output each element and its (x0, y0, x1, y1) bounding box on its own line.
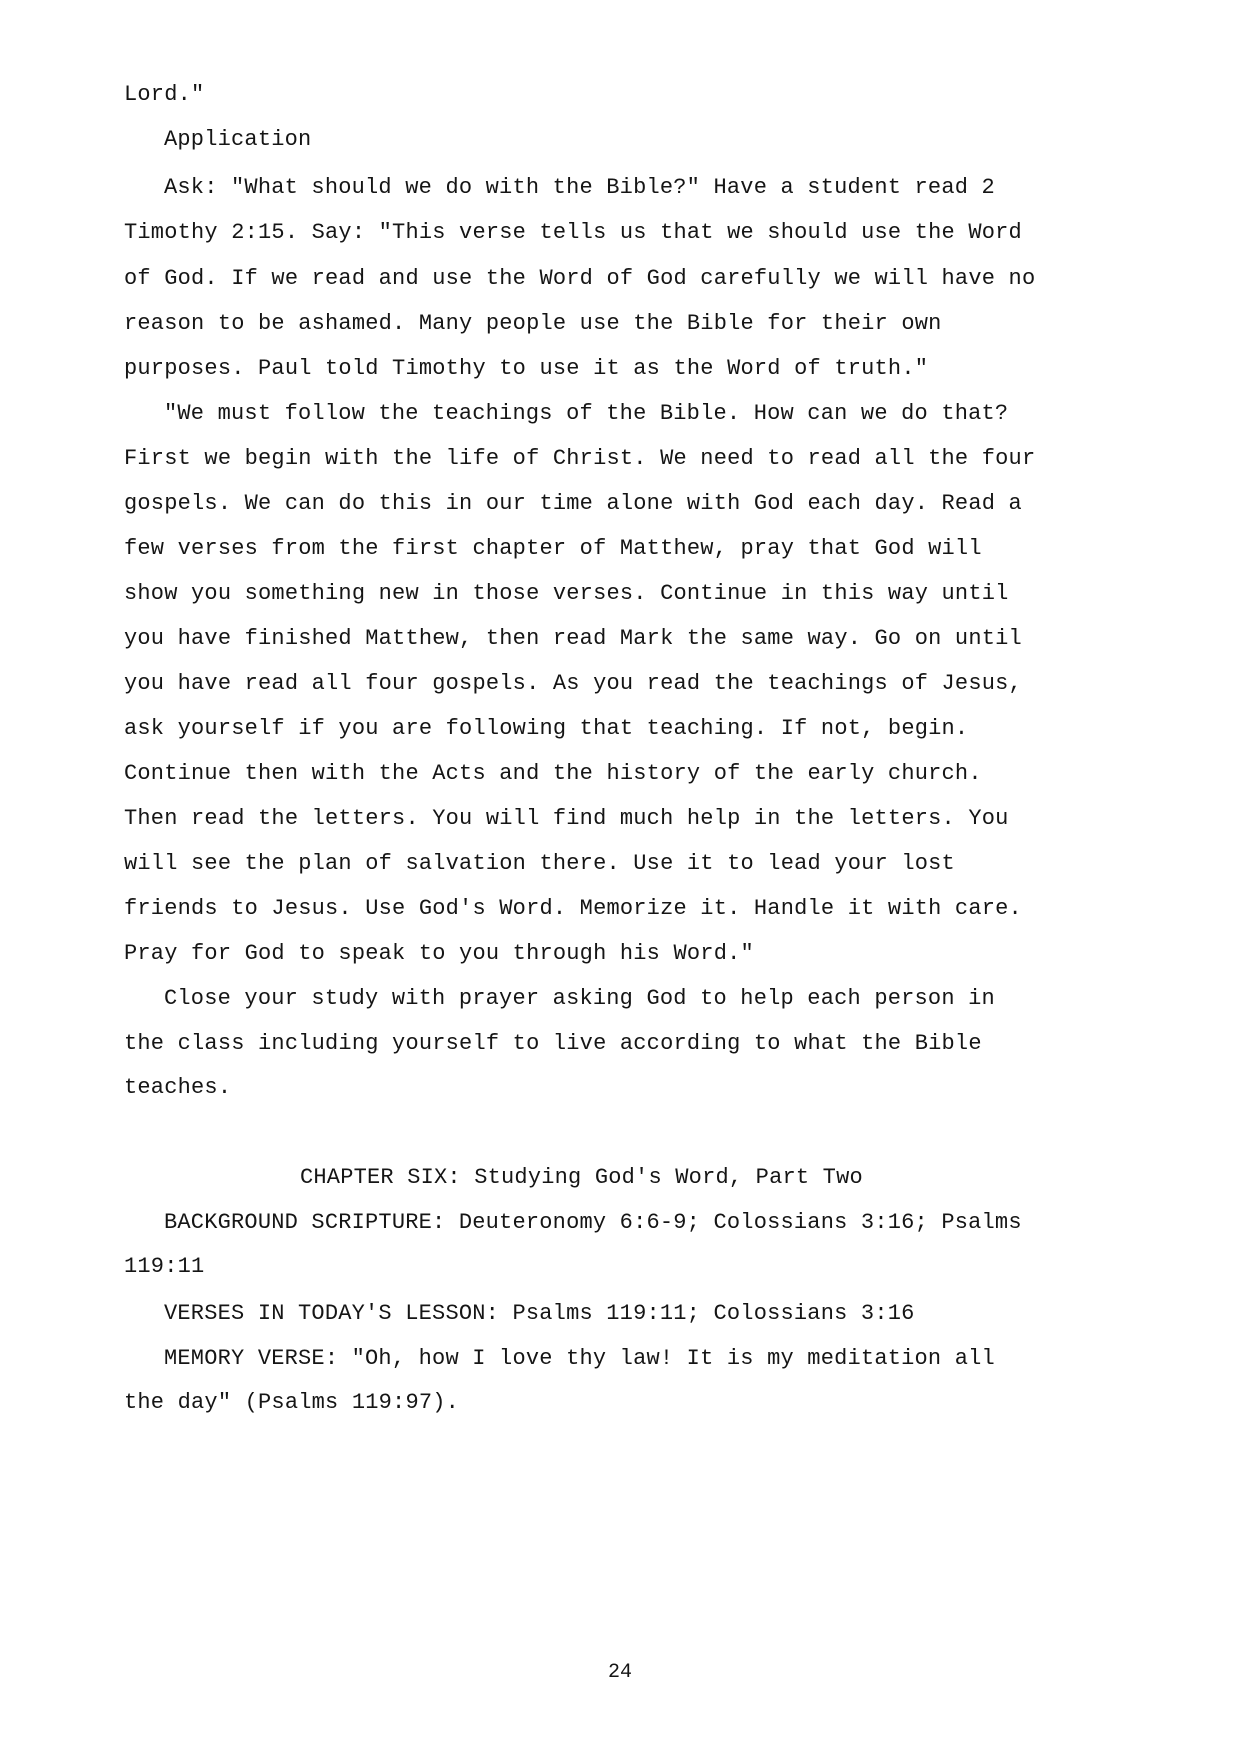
chapter-title: CHAPTER SIX: Studying God's Word, Part T… (300, 1165, 863, 1190)
text-line: "We must follow the teachings of the Bib… (164, 401, 1008, 426)
text-line: Then read the letters. You will find muc… (124, 806, 1009, 831)
text-line: Continue then with the Acts and the hist… (124, 761, 982, 786)
memory-verse: MEMORY VERSE: "Oh, how I love thy law! I… (164, 1346, 995, 1371)
text-line: few verses from the first chapter of Mat… (124, 536, 982, 561)
section-heading-application: Application (164, 127, 311, 152)
text-line: friends to Jesus. Use God's Word. Memori… (124, 896, 1022, 921)
text-line: the class including yourself to live acc… (124, 1031, 982, 1056)
text-line: will see the plan of salvation there. Us… (124, 851, 955, 876)
text-line: First we begin with the life of Christ. … (124, 446, 1035, 471)
text-line: Lord." (124, 82, 204, 107)
text-line: show you something new in those verses. … (124, 581, 1009, 606)
background-scripture: BACKGROUND SCRIPTURE: Deuteronomy 6:6-9;… (164, 1210, 1022, 1235)
memory-verse-cont: the day" (Psalms 119:97). (124, 1390, 459, 1415)
page-number: 24 (0, 1661, 1240, 1684)
text-line: reason to be ashamed. Many people use th… (124, 311, 942, 336)
text-line: teaches. (124, 1075, 231, 1100)
text-line: Pray for God to speak to you through his… (124, 941, 754, 966)
text-line: ask yourself if you are following that t… (124, 716, 968, 741)
text-line: purposes. Paul told Timothy to use it as… (124, 356, 928, 381)
verses-in-lesson: VERSES IN TODAY'S LESSON: Psalms 119:11;… (164, 1301, 915, 1326)
text-line: you have finished Matthew, then read Mar… (124, 626, 1022, 651)
text-line: you have read all four gospels. As you r… (124, 671, 1022, 696)
text-line: gospels. We can do this in our time alon… (124, 491, 1022, 516)
text-line: Ask: "What should we do with the Bible?"… (164, 175, 995, 200)
text-line: of God. If we read and use the Word of G… (124, 266, 1035, 291)
text-line: Timothy 2:15. Say: "This verse tells us … (124, 220, 1022, 245)
document-page: Lord." Application Ask: "What should we … (0, 0, 1240, 1753)
text-line: Close your study with prayer asking God … (164, 986, 995, 1011)
background-scripture-cont: 119:11 (124, 1254, 204, 1279)
